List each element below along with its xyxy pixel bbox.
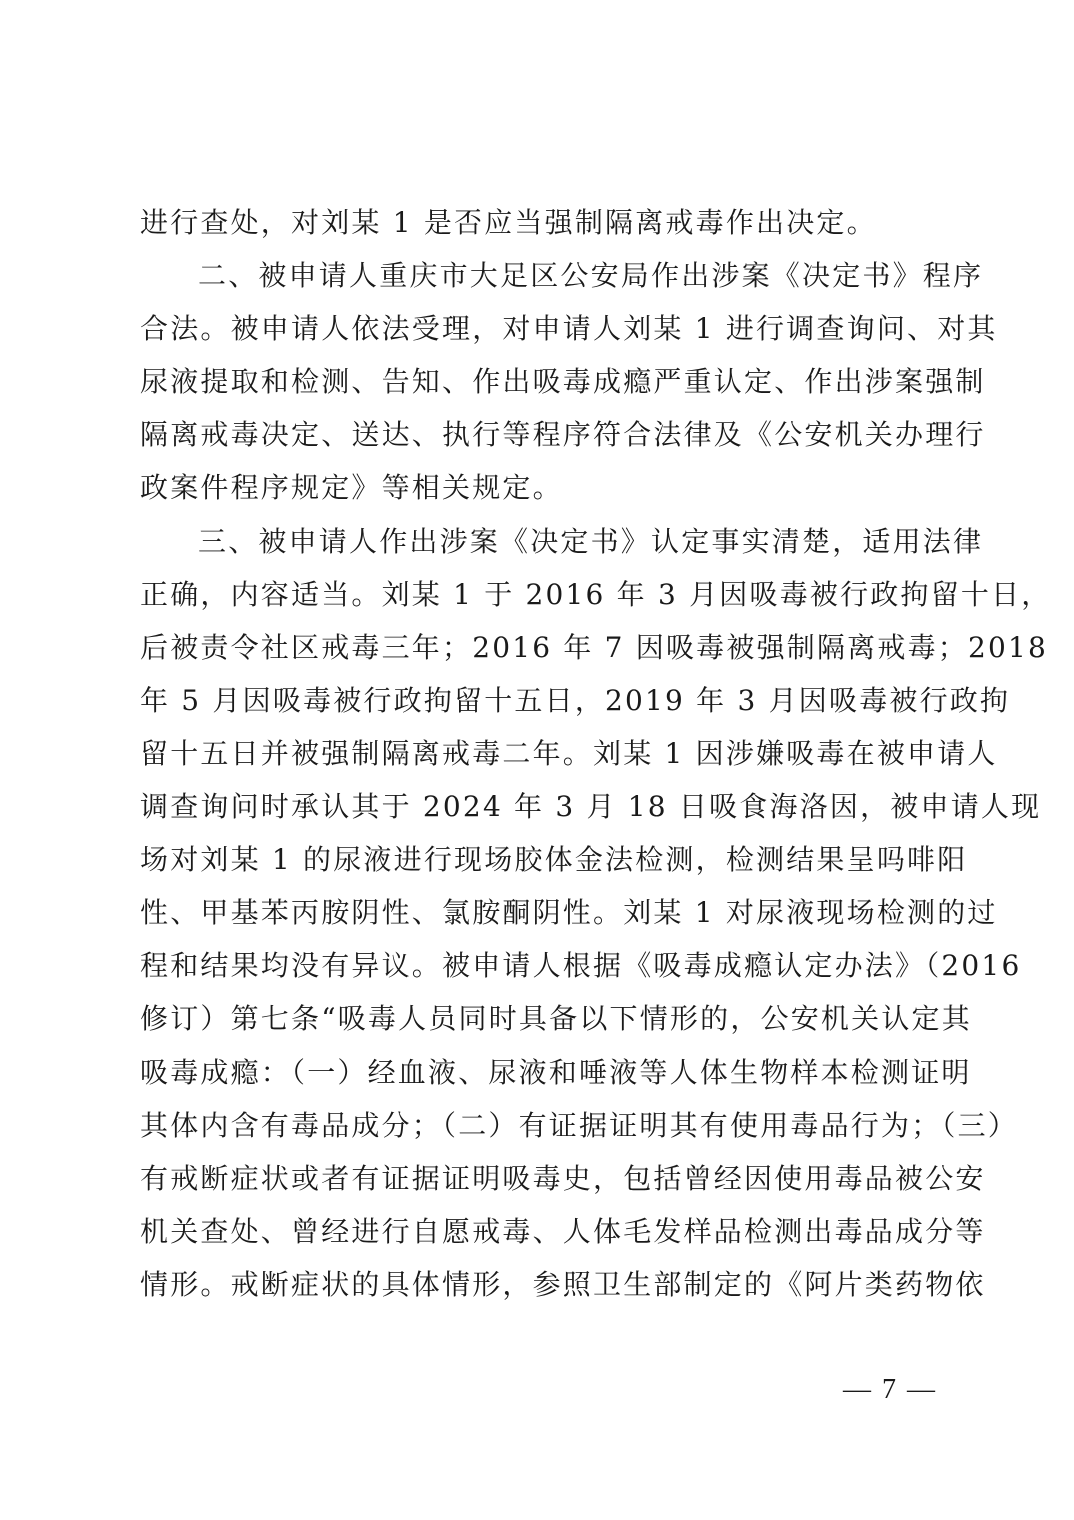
text-line: 吸毒成瘾：（一）经血液、尿液和唾液等人体生物样本检测证明 (140, 1050, 938, 1103)
section-heading-line: 三、被申请人作出涉案《决定书》认定事实清楚，适用法律 (140, 519, 938, 572)
document-page: 进行查处，对刘某 1 是否应当强制隔离戒毒作出决定。 二、被申请人重庆市大足区公… (0, 0, 1074, 1520)
text-line: 机关查处、曾经进行自愿戒毒、人体毛发样品检测出毒品成分等 (140, 1209, 938, 1262)
text-line: 进行查处，对刘某 1 是否应当强制隔离戒毒作出决定。 (140, 200, 938, 253)
text-line: 隔离戒毒决定、送达、执行等程序符合法律及《公安机关办理行 (140, 412, 938, 465)
text-line: 其体内含有毒品成分；（二）有证据证明其有使用毒品行为；（三） (140, 1103, 938, 1156)
text-line: 调查询问时承认其于 2024 年 3 月 18 日吸食海洛因，被申请人现 (140, 784, 938, 837)
text-line: 尿液提取和检测、告知、作出吸毒成瘾严重认定、作出涉案强制 (140, 359, 938, 412)
text-line: 年 5 月因吸毒被行政拘留十五日，2019 年 3 月因吸毒被行政拘 (140, 678, 938, 731)
document-body: 进行查处，对刘某 1 是否应当强制隔离戒毒作出决定。 二、被申请人重庆市大足区公… (140, 200, 938, 1315)
text-line: 性、甲基苯丙胺阴性、氯胺酮阴性。刘某 1 对尿液现场检测的过 (140, 890, 938, 943)
text-line: 情形。戒断症状的具体情形，参照卫生部制定的《阿片类药物依 (140, 1262, 938, 1315)
text-line: 政案件程序规定》等相关规定。 (140, 465, 938, 518)
text-line: 修订）第七条“吸毒人员同时具备以下情形的，公安机关认定其 (140, 996, 938, 1049)
text-line: 场对刘某 1 的尿液进行现场胶体金法检测，检测结果呈吗啡阳 (140, 837, 938, 890)
text-line: 后被责令社区戒毒三年；2016 年 7 因吸毒被强制隔离戒毒；2018 (140, 625, 938, 678)
text-line: 合法。被申请人依法受理，对申请人刘某 1 进行调查询问、对其 (140, 306, 938, 359)
page-number: — 7 — (840, 1372, 940, 1408)
section-heading-line: 二、被申请人重庆市大足区公安局作出涉案《决定书》程序 (140, 253, 938, 306)
text-line: 正确，内容适当。刘某 1 于 2016 年 3 月因吸毒被行政拘留十日， (140, 572, 938, 625)
text-line: 程和结果均没有异议。被申请人根据《吸毒成瘾认定办法》（2016 (140, 943, 938, 996)
text-line: 留十五日并被强制隔离戒毒二年。刘某 1 因涉嫌吸毒在被申请人 (140, 731, 938, 784)
text-line: 有戒断症状或者有证据证明吸毒史，包括曾经因使用毒品被公安 (140, 1156, 938, 1209)
